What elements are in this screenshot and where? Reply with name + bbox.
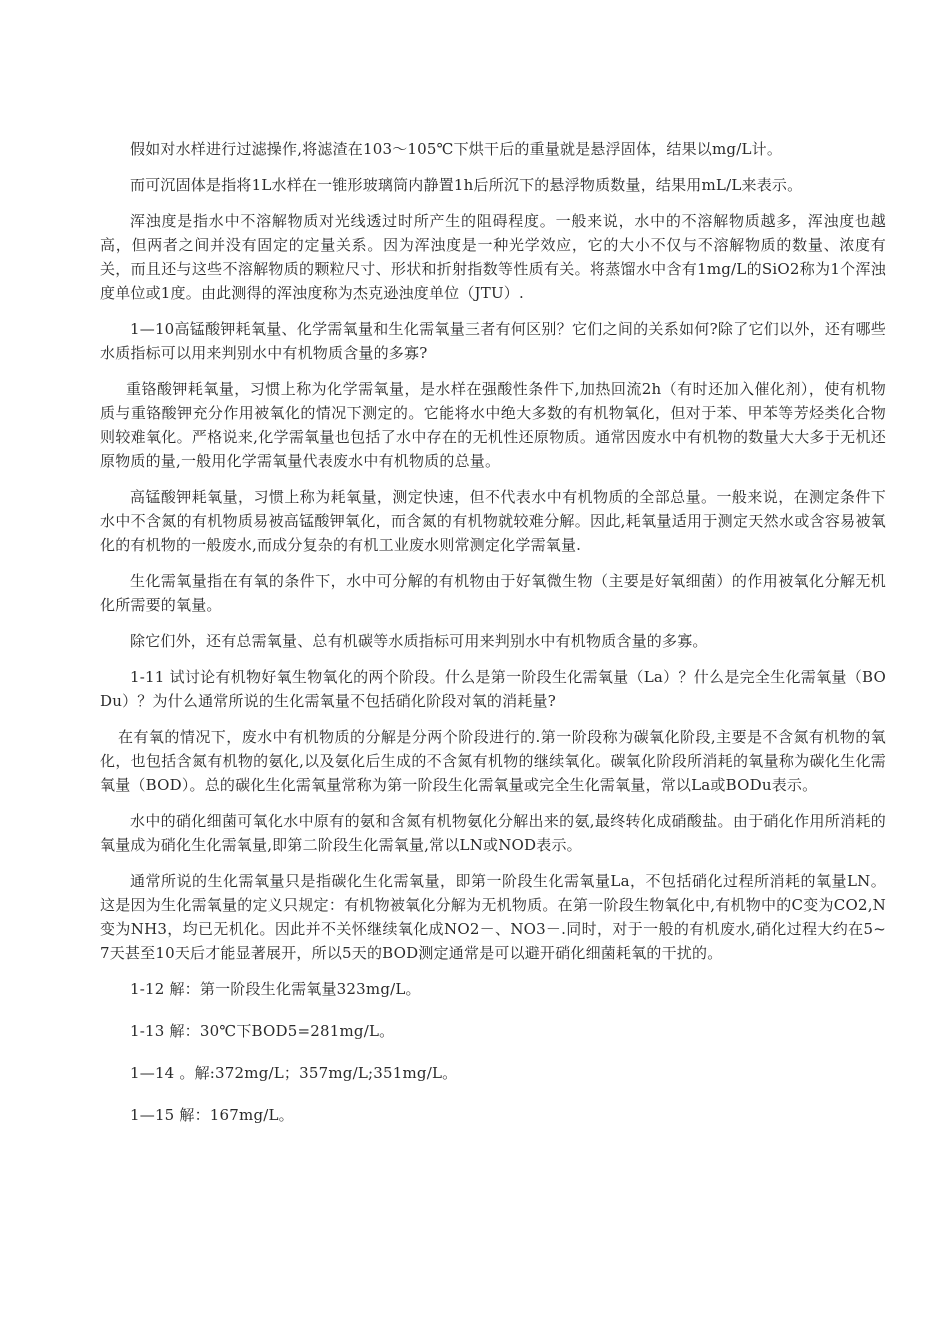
question-1-10: 1—10高锰酸钾耗氧量、化学需氧量和生化需氧量三者有何区别？它们之间的关系如何?… [100, 317, 886, 365]
question-1-11: 1-11 试讨论有机物好氧生物氧化的两个阶段。什么是第一阶段生化需氧量（La）？… [100, 665, 886, 713]
paragraph-two-stages: 在有氧的情况下，废水中有机物质的分解是分两个阶段进行的.第一阶段称为碳氧化阶段,… [100, 725, 886, 797]
paragraph-bod-definition: 通常所说的生化需氧量只是指碳化生化需氧量，即第一阶段生化需氧量La，不包括硝化过… [100, 869, 886, 965]
answer-1-12: 1-12 解：第一阶段生化需氧量323mg/L。 [100, 977, 886, 1001]
paragraph-nitrification: 水中的硝化细菌可氧化水中原有的氨和含氮有机物氨化分解出来的氨,最终转化成硝酸盐。… [100, 809, 886, 857]
document-page: 假如对水样进行过滤操作,将滤渣在103～105℃下烘干后的重量就是悬浮固体，结果… [100, 137, 886, 1145]
paragraph-turbidity: 浑浊度是指水中不溶解物质对光线透过时所产生的阻碍程度。一般来说，水中的不溶解物质… [100, 209, 886, 305]
paragraph-suspended-solids: 假如对水样进行过滤操作,将滤渣在103～105℃下烘干后的重量就是悬浮固体，结果… [100, 137, 886, 161]
paragraph-other-indicators: 除它们外，还有总需氧量、总有机碳等水质指标可用来判别水中有机物质含量的多寡。 [100, 629, 886, 653]
answer-1-14: 1—14 。解:372mg/L；357mg/L;351mg/L。 [100, 1061, 886, 1085]
answer-1-13: 1-13 解：30℃下BOD5=281mg/L。 [100, 1019, 886, 1043]
paragraph-bod: 生化需氧量指在有氧的条件下，水中可分解的有机物由于好氧微生物（主要是好氧细菌）的… [100, 569, 886, 617]
paragraph-permanganate: 高锰酸钾耗氧量，习惯上称为耗氧量，测定快速，但不代表水中有机物质的全部总量。一般… [100, 485, 886, 557]
paragraph-cod: 重铬酸钾耗氧量，习惯上称为化学需氧量，是水样在强酸性条件下,加热回流2h（有时还… [100, 377, 886, 473]
paragraph-settleable-solids: 而可沉固体是指将1L水样在一锥形玻璃筒内静置1h后所沉下的悬浮物质数量，结果用m… [100, 173, 886, 197]
answer-1-15: 1—15 解：167mg/L。 [100, 1103, 886, 1127]
